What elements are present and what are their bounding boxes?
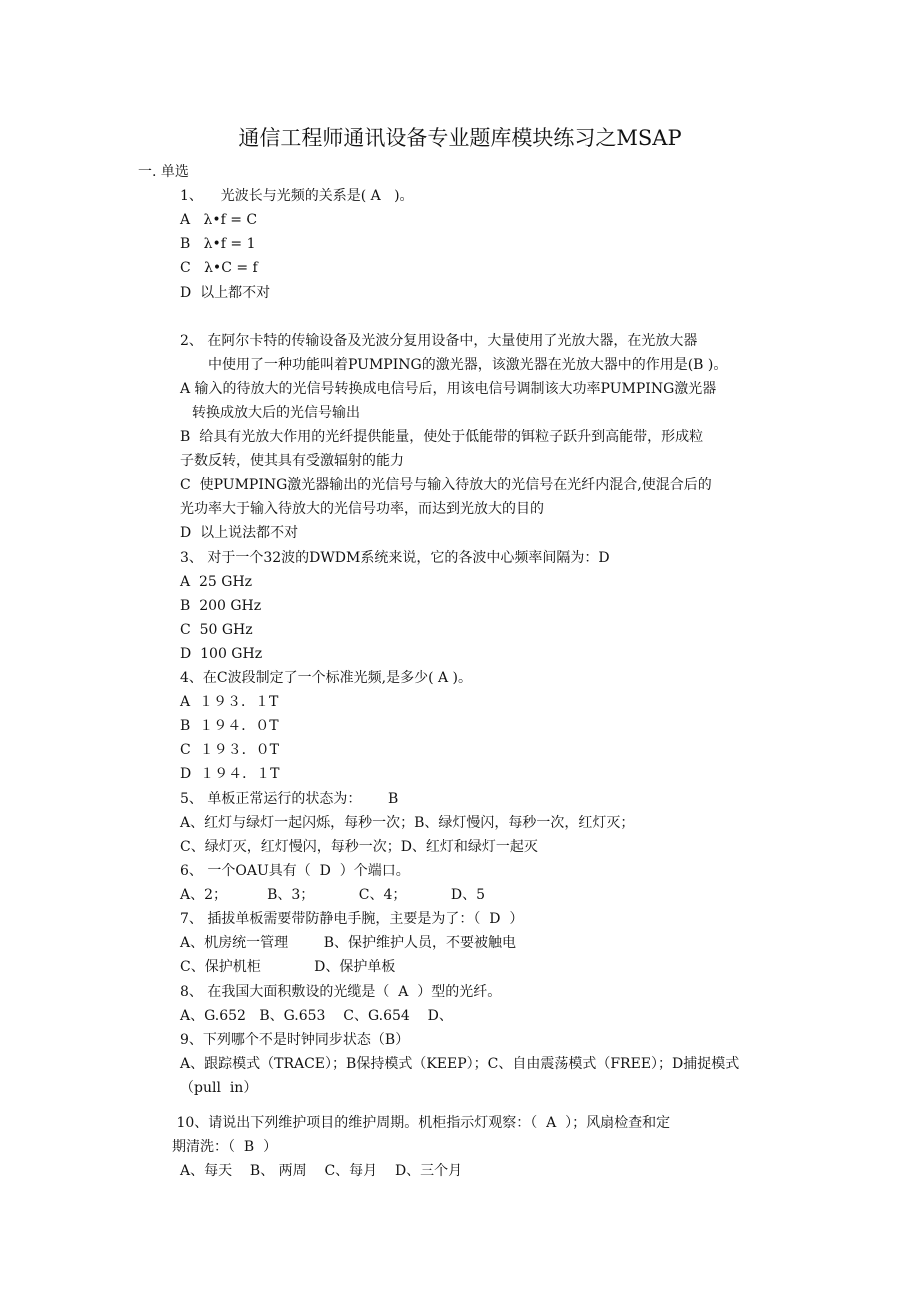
text-line: A、跟踪模式（TRACE）；B保持模式（KEEP）；C、自由震荡模式（FREE）… (180, 1055, 739, 1073)
text-line: C、绿灯灭，红灯慢闪，每秒一次；D、红灯和绿灯一起灭 (180, 838, 538, 856)
text-line: A、每天 B、 两周 C、每月 D、三个月 (180, 1162, 462, 1180)
document-title: 通信工程师通讯设备专业题库模块练习之MSAP (0, 122, 920, 152)
text-line: A、红灯与绿灯一起闪烁，每秒一次；B、绿灯慢闪，每秒一次，红灯灭； (180, 814, 634, 832)
text-line: 5、 单板正常运行的状态为： B (180, 790, 398, 808)
text-line: 光功率大于输入待放大的光信号功率，而达到光放大的目的 (180, 500, 544, 518)
text-line: 8、 在我国大面积敷设的光缆是（ A ）型的光纤。 (180, 983, 501, 1001)
text-line: D 以上都不对 (180, 284, 270, 302)
text-line: 2、 在阿尔卡特的传输设备及光波分复用设备中，大量使用了光放大器，在光放大器 (180, 332, 697, 350)
section-heading: 一. 单选 (138, 163, 189, 181)
text-line: D 100 GHz (180, 645, 262, 663)
text-line: C、保护机柜 D、保护单板 (180, 958, 395, 976)
text-line: C λ•C = f (180, 259, 258, 277)
text-line: 7、 插拔单板需要带防静电手腕，主要是为了：（ D ） (180, 910, 523, 928)
text-line: C 使PUMPING激光器输出的光信号与输入待放大的光信号在光纤内混合,使混合后… (180, 476, 712, 494)
text-line: 9、下列哪个不是时钟同步状态（B） (180, 1031, 409, 1049)
text-line: D 以上说法都不对 (180, 524, 298, 542)
text-line: A λ•f = C (180, 211, 257, 229)
text-line: A 输入的待放大的光信号转换成电信号后，用该电信号调制该大功率PUMPING激光… (180, 380, 716, 398)
text-line: A 25 GHz (180, 573, 252, 591)
text-line: C １９３．０T (180, 741, 279, 759)
text-line: 3、 对于一个32波的DWDM系统来说，它的各波中心频率间隔为：D (180, 549, 610, 567)
text-line: B λ•f = 1 (180, 235, 256, 253)
text-line: 10、请说出下列维护项目的维护周期。机柜指示灯观察：（ A ）；风扇检查和定 (172, 1114, 670, 1132)
text-line: 6、 一个OAU具有（ D ）个端口。 (180, 862, 410, 880)
text-line: A、G.652 B、G.653 C、G.654 D、 (180, 1007, 453, 1025)
text-line: （pull in） (180, 1079, 257, 1097)
text-line: B 给具有光放大作用的光纤提供能量，使处于低能带的铒粒子跃升到高能带，形成粒 (180, 428, 703, 446)
text-line: A、机房统一管理 B、保护维护人员，不要被触电 (180, 934, 516, 952)
text-line: 子数反转，使其具有受激辐射的能力 (180, 452, 404, 470)
text-line: A、2； B、3； C、4； D、5 (180, 886, 485, 904)
text-line: 1、 光波长与光频的关系是( A )。 (180, 187, 414, 205)
text-line: C 50 GHz (180, 621, 253, 639)
text-line: D １９４．１T (180, 765, 279, 783)
text-line: 期清洗：（ B ） (172, 1138, 277, 1156)
text-line: A １９３．１T (180, 693, 278, 711)
text-line: 4、在C波段制定了一个标准光频,是多少( A )。 (180, 669, 472, 687)
text-line: B １９４．０T (180, 717, 279, 735)
text-line: 转换成放大后的光信号输出 (192, 404, 360, 422)
text-line: 中使用了一种功能叫着PUMPING的激光器，该激光器在光放大器中的作用是(B )… (208, 356, 727, 374)
text-line: B 200 GHz (180, 597, 261, 615)
